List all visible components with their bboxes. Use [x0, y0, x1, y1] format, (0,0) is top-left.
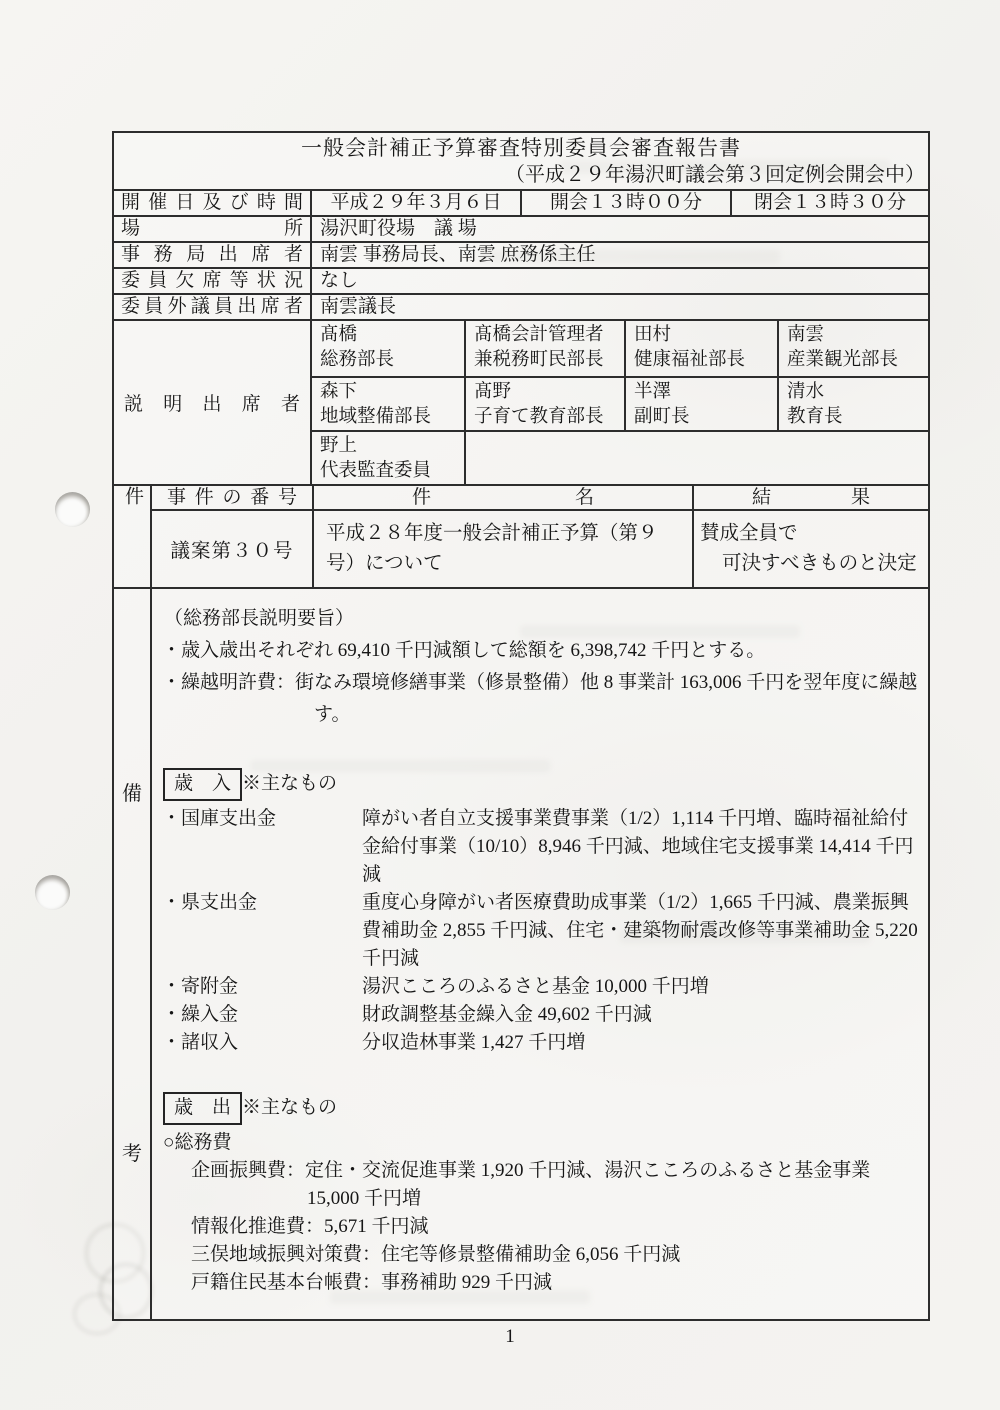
explainer-title: 産業観光部長 — [787, 348, 920, 373]
expenditure-group-heading: ○総務費 — [162, 1129, 920, 1157]
meeting-date: 平成２９年３月６日 — [310, 191, 520, 215]
case-result-line1: 賛成全員で — [700, 519, 922, 549]
explainer-title: 副町長 — [634, 405, 769, 430]
expenditure-items: 企画振興費：定住・交流促進事業 1,920 千円減、湯沢こころのふるさと基金事業… — [162, 1157, 920, 1297]
remarks-content: （総務部長説明要旨） ・歳入歳出それぞれ 69,410 千円減額して総額を 6,… — [150, 589, 928, 1319]
summary-item: ・繰越明許費：街なみ環境修繕事業（修景整備）他 8 事業計 163,006 千円… — [162, 667, 920, 731]
expenditure-item: 三俣地域振興対策費：住宅等修景整備補助金 6,056 千円減 — [191, 1241, 920, 1269]
agenda-section-label: 付議事件 — [114, 486, 150, 587]
secretariat-value: 南雲 事務局長、南雲 庶務係主任 — [310, 243, 928, 267]
absence-label: 委員欠席等状況 — [114, 269, 310, 293]
datetime-row: 開催日及び時間 平成２９年３月６日 開会１３時００分 閉会１３時３０分 — [114, 189, 928, 215]
explainer-name: 清水 — [787, 380, 920, 405]
revenue-item-desc: 財政調整基金繰入金 49,602 千円減 — [362, 1001, 920, 1029]
expenditure-box-label: 歳 出 — [163, 1092, 242, 1125]
agenda-data-row: 議案第３０号 平成２８年度一般会計補正予算（第９号）について 賛成全員で 可決す… — [152, 511, 928, 587]
punch-hole-middle — [35, 875, 70, 910]
explainer-name: 南雲 — [787, 323, 920, 348]
revenue-item-desc: 湯沢こころのふるさと基金 10,000 千円増 — [362, 973, 920, 1001]
explainer-empty-cell — [464, 430, 928, 486]
expenditure-item: 企画振興費：定住・交流促進事業 1,920 千円減、湯沢こころのふるさと基金事業… — [191, 1157, 920, 1213]
explainer-cell: 田村 健康福祉部長 — [624, 321, 777, 376]
agenda-col-result: 結果 — [692, 486, 928, 509]
expenditure-item: 情報化推進費：5,671 千円減 — [191, 1213, 920, 1241]
summary-item: ・歳入歳出それぞれ 69,410 千円減額して総額を 6,398,742 千円と… — [162, 635, 920, 667]
explainers-row: 説 明 出 席 者 髙橋 総務部長 髙橋会計管理者 兼税務町民部長 田村 健康福… — [114, 319, 928, 484]
expenditure-item: 戸籍住民基本台帳費：事務補助 929 千円減 — [191, 1269, 920, 1297]
secretariat-row: 事務局出席者 南雲 事務局長、南雲 庶務係主任 — [114, 241, 928, 267]
remarks-label-top: 備 — [122, 777, 142, 806]
revenue-item: ・繰入金 財政調整基金繰入金 49,602 千円減 — [162, 1001, 920, 1029]
explainer-name: 髙橋 — [320, 323, 456, 348]
remarks-section: 備 考 （総務部長説明要旨） ・歳入歳出それぞれ 69,410 千円減額して総額… — [114, 587, 928, 1319]
report-subtitle: （平成２９年湯沢町議会第３回定例会開会中） — [114, 162, 928, 188]
explainer-title: 代表監査委員 — [320, 459, 456, 484]
agenda-col-number: 事件の番号 — [152, 486, 312, 509]
revenue-item: ・県支出金 重度心身障がい者医療費助成事業（1/2）1,665 千円減、農業振興… — [162, 889, 920, 973]
nonmember-label: 委員外議員出席者 — [114, 295, 310, 319]
explainers-grid: 髙橋 総務部長 髙橋会計管理者 兼税務町民部長 田村 健康福祉部長 南雲 産業観… — [310, 321, 928, 484]
revenue-suffix: ※主なもの — [242, 773, 337, 794]
case-result: 賛成全員で 可決すべきものと決定 — [692, 511, 928, 587]
explainer-name: 森下 — [320, 380, 456, 405]
report-title: 一般会計補正予算審査特別委員会審査報告書 — [114, 135, 928, 162]
explainer-name: 髙野 — [474, 380, 616, 405]
expenditure-heading-line: 歳 出※主なもの — [163, 1091, 920, 1129]
agenda-header-row: 事件の番号 件名 結果 — [152, 486, 928, 511]
explainer-title: 子育て教育部長 — [474, 405, 616, 430]
agenda-col-name: 件名 — [312, 486, 692, 509]
open-time: 開会１３時００分 — [520, 191, 730, 215]
revenue-item-name: ・県支出金 — [162, 889, 362, 973]
punch-hole-top — [55, 492, 90, 527]
explainer-name: 野上 — [320, 434, 456, 459]
case-number: 議案第３０号 — [152, 511, 312, 587]
explainer-cell: 清水 教育長 — [777, 376, 928, 430]
summary-heading: （総務部長説明要旨） — [162, 603, 920, 635]
nonmember-value: 南雲議長 — [310, 295, 928, 319]
explainer-title: 教育長 — [787, 405, 920, 430]
revenue-item: ・寄附金 湯沢こころのふるさと基金 10,000 千円増 — [162, 973, 920, 1001]
revenue-item-desc: 障がい者自立支援事業費事業（1/2）1,114 千円増、臨時福祉給付金給付事業（… — [362, 805, 920, 889]
place-row: 場所 湯沢町役場 議 場 — [114, 215, 928, 241]
revenue-item: ・諸収入 分収造林事業 1,427 千円増 — [162, 1029, 920, 1057]
explainer-title: 健康福祉部長 — [634, 348, 769, 373]
revenue-item-name: ・繰入金 — [162, 1001, 362, 1029]
revenue-heading-line: 歳 入※主なもの — [163, 767, 920, 805]
agenda-section-label-cell: 付議事件 — [114, 486, 150, 587]
datetime-label: 開催日及び時間 — [114, 191, 310, 215]
remarks-label-bottom: 考 — [122, 1137, 142, 1166]
place-value: 湯沢町役場 議 場 — [310, 217, 928, 241]
explainer-title: 総務部長 — [320, 348, 456, 373]
title-row: 一般会計補正予算審査特別委員会審査報告書 （平成２９年湯沢町議会第３回定例会開会… — [114, 133, 928, 189]
secretariat-label: 事務局出席者 — [114, 243, 310, 267]
explainer-cell: 森下 地域整備部長 — [312, 376, 464, 430]
revenue-item-desc: 分収造林事業 1,427 千円増 — [362, 1029, 920, 1057]
case-result-line2: 可決すべきものと決定 — [700, 549, 922, 579]
case-name: 平成２８年度一般会計補正予算（第９号）について — [312, 511, 692, 587]
place-label: 場所 — [114, 217, 310, 241]
spacer — [162, 731, 920, 767]
revenue-item-name: ・国庫支出金 — [162, 805, 362, 889]
explainer-cell: 髙野 子育て教育部長 — [464, 376, 624, 430]
explainers-label-cell: 説 明 出 席 者 — [114, 321, 310, 484]
revenue-item: ・国庫支出金 障がい者自立支援事業費事業（1/2）1,114 千円増、臨時福祉給… — [162, 805, 920, 889]
explainer-name: 半澤 — [634, 380, 769, 405]
explainer-title: 地域整備部長 — [320, 405, 456, 430]
explainer-cell: 髙橋 総務部長 — [312, 321, 464, 376]
explainers-label: 説 明 出 席 者 — [114, 389, 310, 416]
remarks-label-cell: 備 考 — [114, 589, 150, 1319]
spacer — [162, 1057, 920, 1091]
revenue-box-label: 歳 入 — [163, 768, 242, 801]
nonmember-row: 委員外議員出席者 南雲議長 — [114, 293, 928, 319]
expenditure-suffix: ※主なもの — [242, 1097, 337, 1118]
explainer-title: 兼税務町民部長 — [474, 348, 616, 373]
explainer-cell: 髙橋会計管理者 兼税務町民部長 — [464, 321, 624, 376]
explainer-name: 髙橋会計管理者 — [474, 323, 616, 348]
explainer-cell: 南雲 産業観光部長 — [777, 321, 928, 376]
explainer-cell: 野上 代表監査委員 — [312, 430, 464, 486]
revenue-item-desc: 重度心身障がい者医療費助成事業（1/2）1,665 千円減、農業振興費補助金 2… — [362, 889, 920, 973]
report-table: 一般会計補正予算審査特別委員会審査報告書 （平成２９年湯沢町議会第３回定例会開会… — [112, 131, 930, 1321]
agenda-section: 付議事件 事件の番号 件名 結果 議案第３０号 平成２８年度一般会計補正予算（第… — [114, 484, 928, 587]
agenda-table: 事件の番号 件名 結果 議案第３０号 平成２８年度一般会計補正予算（第９号）につ… — [150, 486, 928, 587]
revenue-item-name: ・寄附金 — [162, 973, 362, 1001]
close-time: 閉会１３時３０分 — [730, 191, 928, 215]
explainer-cell: 半澤 副町長 — [624, 376, 777, 430]
absence-row: 委員欠席等状況 なし — [114, 267, 928, 293]
page-number: 1 — [480, 1326, 540, 1348]
explainer-name: 田村 — [634, 323, 769, 348]
scanned-page: 一般会計補正予算審査特別委員会審査報告書 （平成２９年湯沢町議会第３回定例会開会… — [0, 0, 1000, 1410]
revenue-item-name: ・諸収入 — [162, 1029, 362, 1057]
absence-value: なし — [310, 269, 928, 293]
